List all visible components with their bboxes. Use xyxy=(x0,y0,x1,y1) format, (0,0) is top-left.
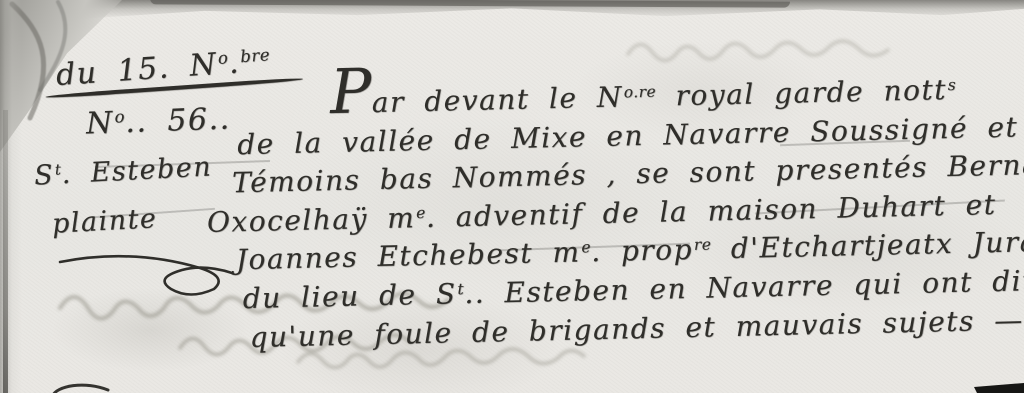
corner-ink-mark xyxy=(974,383,1024,393)
next-entry-fragment xyxy=(46,381,116,393)
manuscript-page: du 15. No.bre No.. 56.. St. Esteben plai… xyxy=(0,0,1024,393)
margin-note-place: St. Esteben xyxy=(33,151,213,191)
act-body-text: Par devant le No.re royal garde notts de… xyxy=(202,71,1024,360)
page-binding-streak xyxy=(3,110,8,393)
showthrough-texture xyxy=(620,24,980,79)
margin-note-subject: plainte xyxy=(51,203,158,239)
